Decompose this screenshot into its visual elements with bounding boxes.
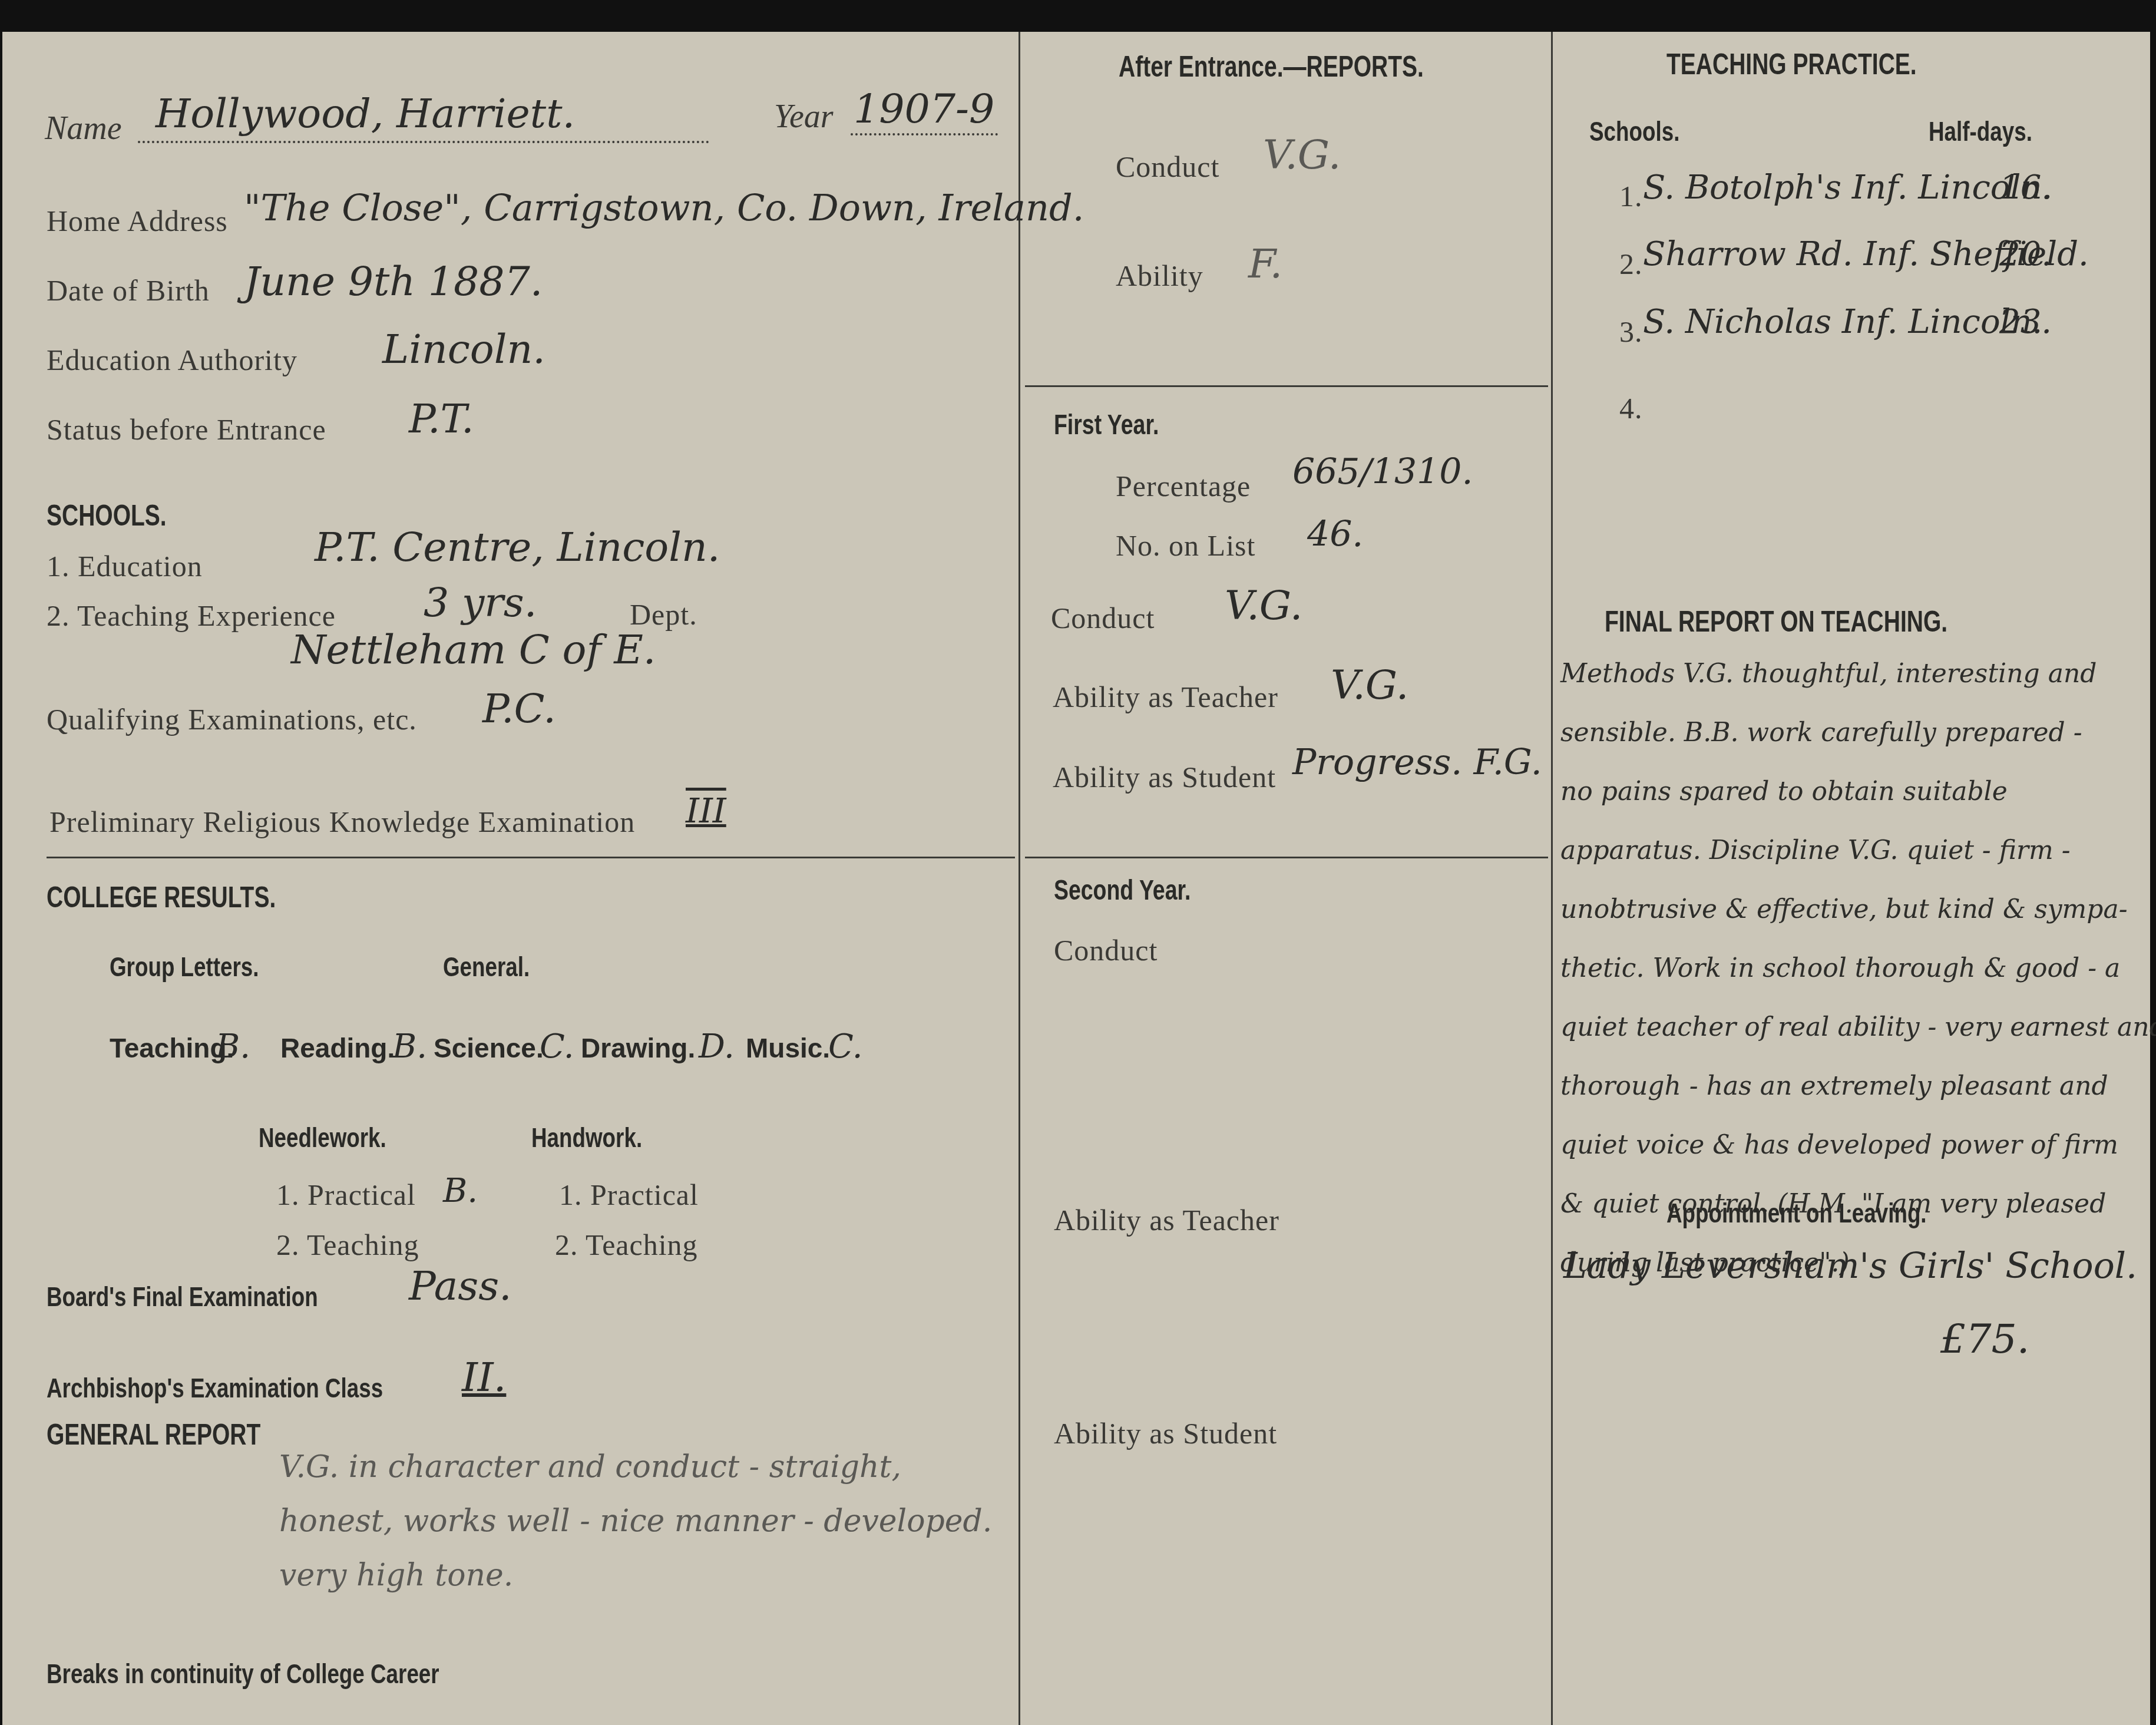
reports-heading: After Entrance.—REPORTS.: [1119, 49, 1424, 84]
entrance-conduct-label: Conduct: [1116, 150, 1219, 184]
board-exam-value: Pass.: [409, 1263, 512, 1310]
appointment-heading: Appointment on Leaving.: [1666, 1197, 1927, 1229]
entry-number: 2.: [1619, 247, 1643, 281]
subject-music-label: Music.: [746, 1032, 828, 1064]
group-letter-grades: Teaching. B. Reading. B. Science. C. Dra…: [110, 1027, 875, 1066]
entry-school: S. Botolph's Inf. Lincoln.: [1643, 168, 2052, 207]
final-report-line: quiet teacher of real ability - very ear…: [1560, 998, 2156, 1057]
handwork-label: Handwork.: [531, 1122, 642, 1154]
final-report-text: Methods V.G. thoughtful, interesting and…: [1560, 645, 2156, 1293]
entry-number: 4.: [1619, 391, 1643, 425]
college-results-heading: COLLEGE RESULTS.: [47, 880, 276, 914]
education-label: 1. Education: [47, 549, 203, 583]
needlework-label: Needlework.: [259, 1122, 386, 1154]
qualifying-label: Qualifying Examinations, etc.: [47, 702, 417, 736]
appointment-value: Lady Leversham's Girls' School.: [1563, 1245, 2137, 1287]
general-report-text: V.G. in character and conduct - straight…: [279, 1440, 992, 1602]
first-teacher-label: Ability as Teacher: [1053, 680, 1278, 714]
needlework-practical-label: 1. Practical: [276, 1178, 416, 1212]
authority-value: Lincoln.: [382, 326, 545, 373]
religious-value: III: [686, 791, 726, 831]
needlework-practical-value: B.: [443, 1172, 478, 1210]
general-label: General.: [443, 951, 530, 983]
entry-halfdays: 23.: [1999, 303, 2052, 341]
entry-halfdays: 20.: [1999, 235, 2052, 273]
final-report-line: apparatus. Discipline V.G. quiet - firm …: [1560, 821, 2156, 880]
handwork-teaching-label: 2. Teaching: [555, 1228, 698, 1262]
subject-teaching-grade: B.: [216, 1027, 280, 1066]
rule-middle-bottom: [1025, 857, 1548, 858]
general-report-line: honest, works well - nice manner - devel…: [279, 1494, 992, 1548]
first-student-label: Ability as Student: [1053, 760, 1276, 794]
column-divider-1: [1019, 32, 1020, 1725]
column-divider-2: [1551, 32, 1553, 1725]
name-label: Name: [45, 110, 122, 147]
final-report-line: sensible. B.B. work carefully prepared -: [1560, 703, 2156, 762]
first-student-value: Progress. F.G.: [1292, 742, 1542, 783]
home-address-label: Home Address: [47, 204, 228, 238]
final-report-line: no pains spared to obtain suitable: [1560, 762, 2156, 821]
first-year-heading: First Year.: [1054, 409, 1159, 441]
status-label: Status before Entrance: [47, 412, 326, 447]
salary-value: £75.: [1940, 1316, 2029, 1363]
first-teacher-value: V.G.: [1331, 662, 1408, 709]
halfdays-col-label: Half-days.: [1929, 115, 2032, 147]
authority-label: Education Authority: [47, 343, 297, 377]
name-value: Hollywood, Harriett.: [156, 91, 575, 137]
schools-heading: SCHOOLS.: [47, 498, 167, 533]
subject-drawing-label: Drawing.: [581, 1032, 699, 1064]
final-report-line: Methods V.G. thoughtful, interesting and: [1560, 645, 2156, 703]
needlework-teaching-label: 2. Teaching: [276, 1228, 419, 1262]
schools-col-label: Schools.: [1589, 115, 1679, 147]
subject-music-grade: C.: [828, 1027, 875, 1066]
second-year-heading: Second Year.: [1054, 874, 1191, 907]
status-value: P.T.: [409, 396, 474, 442]
year-label: Year: [774, 98, 834, 136]
final-report-line: unobtrusive & effective, but kind & symp…: [1560, 880, 2156, 939]
general-report-line: very high tone.: [279, 1548, 992, 1602]
rule-middle-top: [1025, 385, 1548, 387]
subject-science-label: Science.: [434, 1032, 540, 1064]
home-address-value: "The Close", Carrigstown, Co. Down, Irel…: [244, 186, 1084, 229]
entrance-conduct-value: V.G.: [1263, 132, 1341, 179]
subject-science-grade: C.: [540, 1027, 581, 1066]
entry-number: 1.: [1619, 179, 1643, 213]
second-conduct-label: Conduct: [1054, 933, 1158, 967]
percentage-value: 665/1310.: [1292, 451, 1473, 493]
group-letters-label: Group Letters.: [110, 951, 259, 983]
entry-halfdays: 16.: [1999, 168, 2052, 207]
final-report-line: quiet voice & has developed power of fir…: [1560, 1116, 2156, 1175]
education-value: P.T. Centre, Lincoln.: [315, 524, 720, 571]
archbishop-value: II.: [462, 1354, 506, 1401]
list-label: No. on List: [1116, 528, 1255, 563]
breaks-label: Breaks in continuity of College Career: [47, 1658, 439, 1690]
qualifying-value: P.C.: [482, 686, 556, 732]
dob-value: June 9th 1887.: [244, 259, 543, 305]
entrance-ability-label: Ability: [1116, 259, 1203, 293]
handwork-practical-label: 1. Practical: [559, 1178, 699, 1212]
entrance-ability-value: F.: [1248, 241, 1282, 287]
subject-reading-label: Reading.: [280, 1032, 392, 1064]
subject-reading-grade: B.: [392, 1027, 434, 1066]
entry-number: 3.: [1619, 315, 1643, 349]
first-conduct-value: V.G.: [1225, 583, 1302, 629]
percentage-label: Percentage: [1116, 469, 1251, 503]
subject-teaching-label: Teaching.: [110, 1032, 216, 1064]
archbishop-label: Archbishop's Examination Class: [47, 1372, 383, 1404]
second-student-label: Ability as Student: [1054, 1416, 1277, 1450]
entry-school: S. Nicholas Inf. Lincoln.: [1643, 303, 2042, 341]
general-report-line: V.G. in character and conduct - straight…: [279, 1440, 992, 1494]
teaching-practice-heading: TEACHING PRACTICE.: [1666, 47, 1917, 81]
final-report-line: thetic. Work in school thorough & good -…: [1560, 939, 2156, 998]
record-card: Name Hollywood, Harriett. Year 1907-9 Ho…: [2, 32, 2150, 1725]
experience-value: 3 yrs.: [424, 580, 537, 626]
final-report-heading: FINAL REPORT ON TEACHING.: [1605, 604, 1947, 639]
first-conduct-label: Conduct: [1051, 601, 1155, 635]
year-value: 1907-9: [854, 86, 994, 133]
subject-drawing-grade: D.: [699, 1027, 746, 1066]
list-value: 46.: [1307, 514, 1363, 555]
second-teacher-label: Ability as Teacher: [1054, 1203, 1279, 1237]
general-report-label: GENERAL REPORT: [47, 1417, 260, 1452]
rule-left: [47, 857, 1015, 858]
final-report-line: thorough - has an extremely pleasant and: [1560, 1057, 2156, 1116]
dob-label: Date of Birth: [47, 273, 210, 308]
religious-label: Preliminary Religious Knowledge Examinat…: [49, 805, 635, 839]
board-exam-label: Board's Final Examination: [47, 1281, 318, 1313]
experience-school: Nettleham C of E.: [291, 627, 656, 673]
